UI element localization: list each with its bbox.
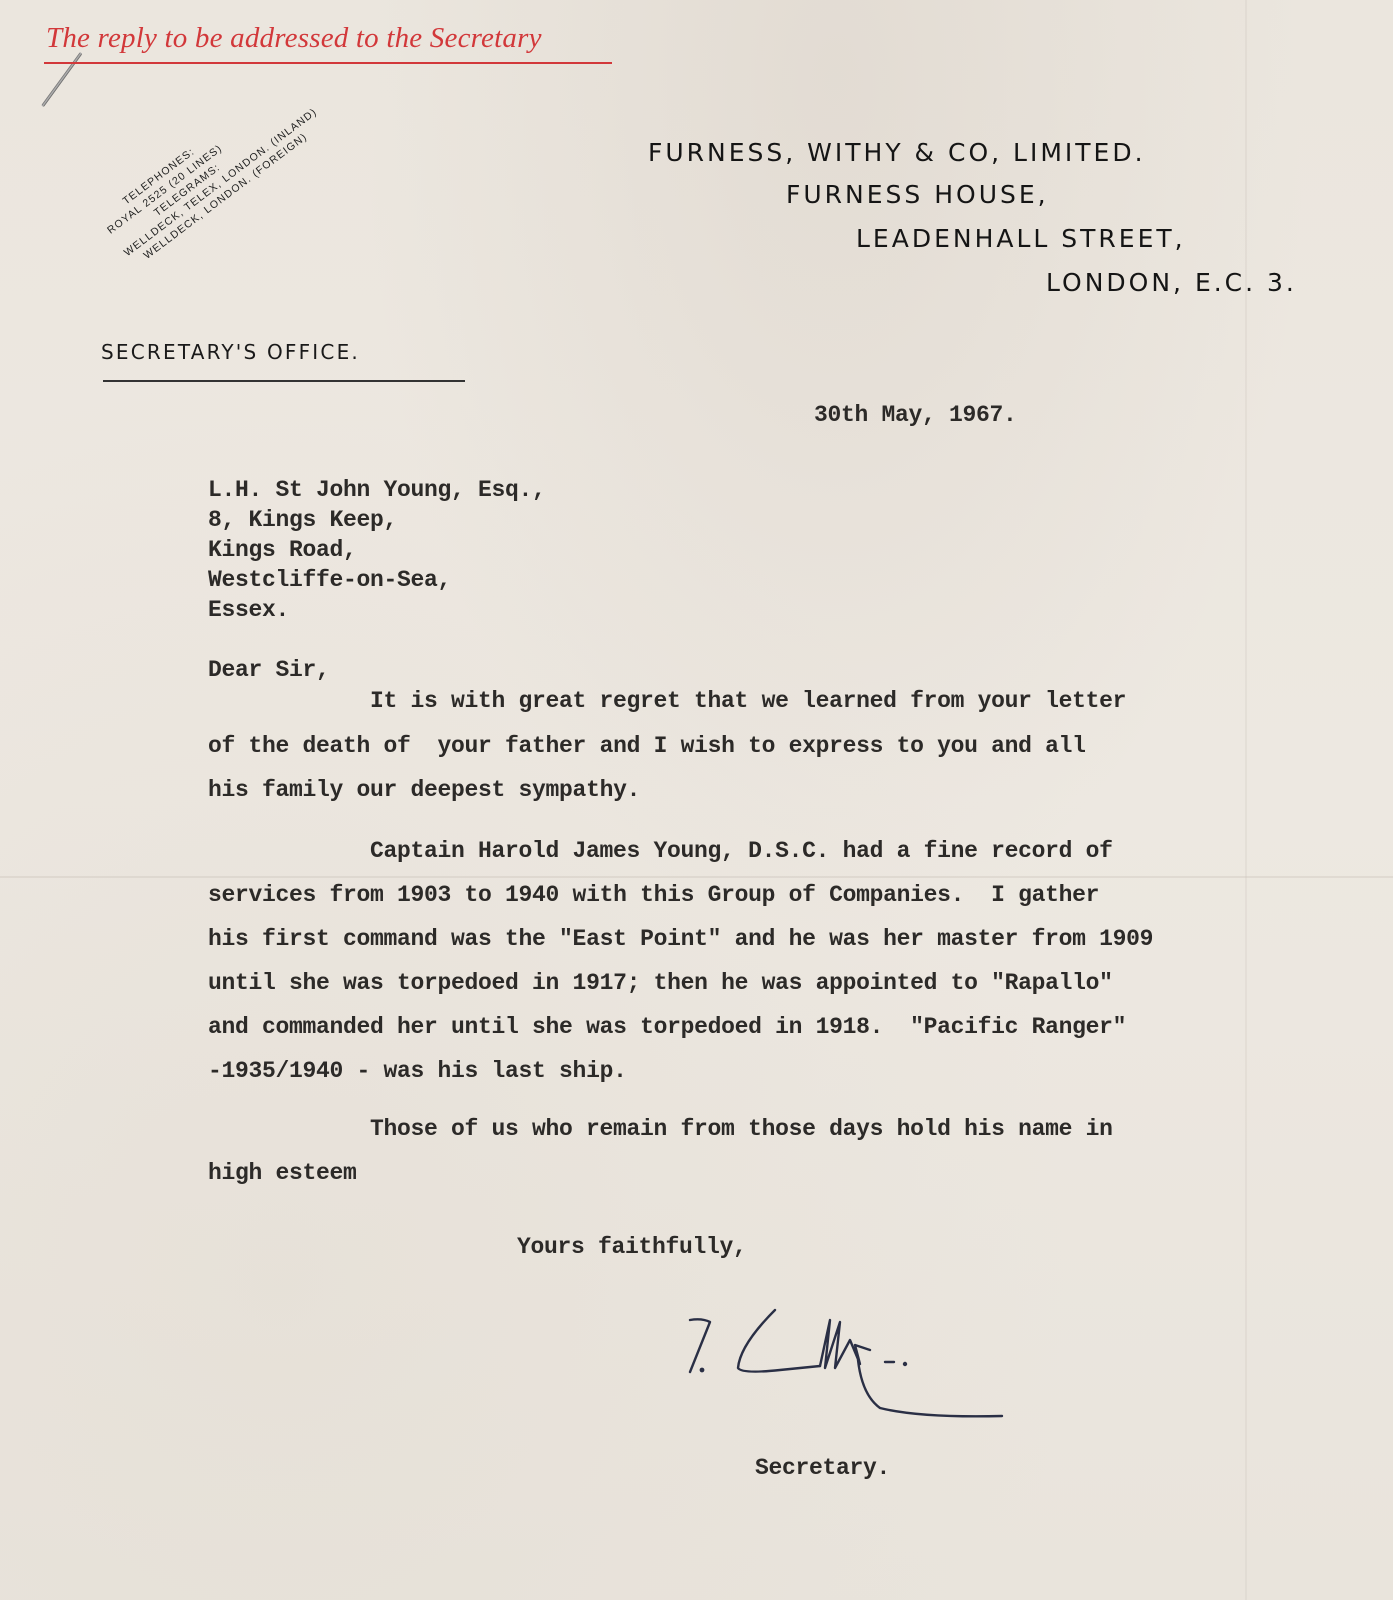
paragraph-line: his family our deepest sympathy. — [208, 777, 640, 803]
recipient-line: Essex. — [208, 597, 289, 623]
paragraph-line: of the death of your father and I wish t… — [208, 733, 1086, 759]
paper-fold-horizontal — [0, 876, 1393, 878]
paragraph-line: high esteem — [208, 1160, 357, 1186]
pin-icon — [41, 52, 82, 107]
paragraph-line: services from 1903 to 1940 with this Gro… — [208, 882, 1099, 908]
company-name: Furness, Withy & Co, Limited. — [648, 138, 1146, 167]
telegrams-label: Telegrams: — [113, 94, 312, 249]
address-line-1: Furness House, — [786, 180, 1049, 209]
paragraph-line: Those of us who remain from those days h… — [370, 1116, 1113, 1142]
address-line-2: Leadenhall Street, — [856, 224, 1186, 253]
paragraph-line: It is with great regret that we learned … — [370, 688, 1126, 714]
closing: Yours faithfully, — [517, 1234, 747, 1260]
paragraph-line: Captain Harold James Young, D.S.C. had a… — [370, 838, 1113, 864]
paper-fold-vertical — [1245, 0, 1247, 1600]
signature — [680, 1300, 1020, 1450]
paragraph-line: until she was torpedoed in 1917; then he… — [208, 970, 1113, 996]
address-line-3: London, E.C. 3. — [1046, 268, 1297, 297]
paragraph-line: -1935/1940 - was his last ship. — [208, 1058, 627, 1084]
signatory-title: Secretary. — [755, 1455, 890, 1481]
salutation: Dear Sir, — [208, 657, 330, 683]
recipient-line: 8, Kings Keep, — [208, 507, 397, 533]
contact-block: Telephones: Royal 2525 (20 lines) Telegr… — [96, 72, 329, 271]
paragraph-line: his first command was the "East Point" a… — [208, 926, 1153, 952]
recipient-line: Kings Road, — [208, 537, 357, 563]
letter-date: 30th May, 1967. — [814, 402, 1017, 428]
recipient-line: Westcliffe-on-Sea, — [208, 567, 451, 593]
reply-note-underline — [44, 62, 612, 64]
reply-note: The reply to be addressed to the Secreta… — [46, 22, 542, 55]
recipient-line: L.H. St John Young, Esq., — [208, 477, 546, 503]
department-underline — [103, 380, 465, 382]
paragraph-line: and commanded her until she was torpedoe… — [208, 1014, 1126, 1040]
department-heading: Secretary's Office. — [101, 340, 360, 364]
